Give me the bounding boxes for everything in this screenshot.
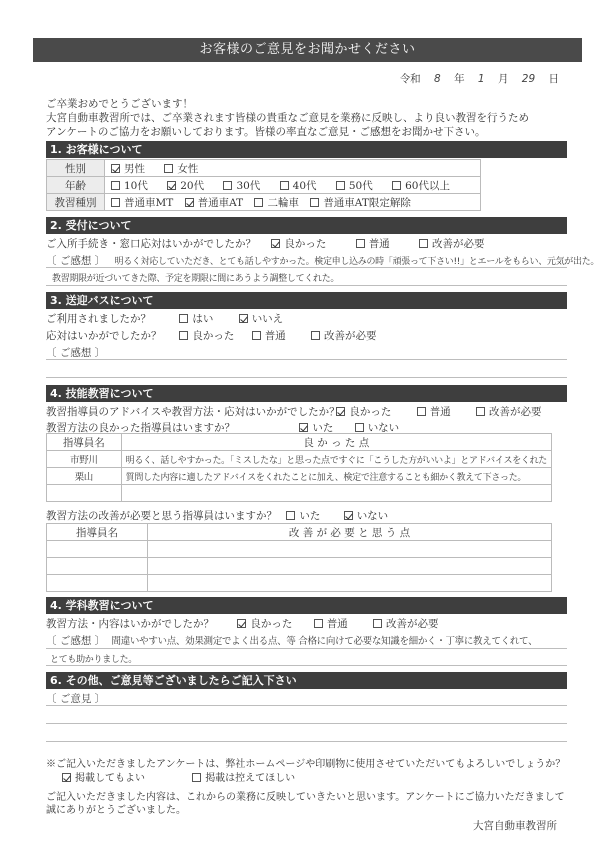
checkbox-icon[interactable] [311, 331, 320, 340]
checkbox-icon[interactable] [280, 181, 289, 190]
organization-name: 大宮自動車教習所 [473, 818, 557, 833]
option-label: いた [299, 510, 320, 522]
section-header-shuttle-bus: 3. 送迎バスについて [46, 292, 567, 309]
gender-label: 性別 [47, 160, 105, 177]
reception-improve-option[interactable]: 改善が必要 [419, 236, 485, 251]
option-label: いない [357, 510, 389, 522]
classroom-comment-line-2[interactable]: とても助かりました。 [50, 652, 137, 665]
checkbox-checked-icon[interactable] [167, 181, 176, 190]
improve-instructor-table: 指導員名 改 善 が 必 要 と 思 う 点 [46, 523, 552, 592]
instructor-name-cell[interactable] [47, 575, 148, 592]
option-label: 普通車AT限定解除 [323, 197, 411, 209]
checkbox-checked-icon[interactable] [344, 511, 353, 520]
bus-usage-question: ご利用されましたか？ [46, 311, 176, 326]
instructor-name-cell[interactable]: 栗山 [47, 468, 122, 485]
checkbox-icon[interactable] [111, 181, 120, 190]
checkbox-checked-icon[interactable] [299, 423, 308, 432]
age-50s-option[interactable]: 50代 [336, 178, 373, 193]
option-label: 普通 [265, 330, 286, 342]
handwritten-comment: 間違いやすい点、効果測定でよく出る点、等 合格に向けて必要な知識を細かく・丁寧に… [112, 636, 538, 647]
checkbox-icon[interactable] [476, 407, 485, 416]
intro-line: 大宮自動車教習所では、ご卒業されます皆様の貴重なご意見を業務に反映し、より良い教… [46, 111, 529, 125]
option-label: はい [192, 313, 213, 325]
age-20s-option[interactable]: 20代 [167, 178, 204, 193]
table-row [47, 485, 552, 502]
table-header-row: 指導員名 改 善 が 必 要 と 思 う 点 [47, 524, 552, 541]
checkbox-checked-icon[interactable] [185, 198, 194, 207]
course-type-row: 教習種別 普通車MT 普通車AT 二輪車 普通車AT限定解除 [47, 194, 481, 211]
date-line: 令和 8 年 1 月 29 日 [400, 71, 559, 86]
checkbox-icon[interactable] [111, 198, 120, 207]
consent-allow-option[interactable]: 掲載してもよい [62, 769, 145, 784]
comment-rule [46, 705, 567, 706]
comment-label: 〔 ご感想 〕 [46, 635, 105, 647]
improve-instructor-row: 教習方法の改善が必要と思う指導員はいますか？ いた いない [46, 508, 404, 523]
advice-good-option[interactable]: 良かった [336, 404, 391, 419]
option-label: 良かった [192, 330, 234, 342]
instructor-name-cell[interactable] [47, 541, 148, 558]
option-label: 60代以上 [405, 180, 450, 192]
checkbox-icon[interactable] [373, 619, 382, 628]
checkbox-checked-icon[interactable] [62, 773, 71, 782]
improve-instructor-yes-option[interactable]: いた [286, 508, 320, 523]
option-label: 掲載は控えてほしい [205, 773, 295, 784]
option-label: 改善が必要 [386, 618, 439, 630]
checkbox-icon[interactable] [223, 181, 232, 190]
date-era: 令和 [400, 73, 421, 85]
improve-point-cell[interactable] [148, 541, 552, 558]
course-mt-option[interactable]: 普通車MT [111, 195, 173, 210]
checkbox-checked-icon[interactable] [239, 314, 248, 323]
date-day-field[interactable]: 29 [522, 73, 535, 85]
age-10s-option[interactable]: 10代 [111, 178, 148, 193]
section-header-other-comments: 6. その他、ご意見等ございましたらご記入下さい [46, 672, 567, 689]
bus-service-row: 応対はいかがでしたか？ 良かった 普通 改善が必要 [46, 328, 393, 343]
option-label: 普通車MT [124, 197, 173, 209]
age-30s-option[interactable]: 30代 [223, 178, 260, 193]
bus-comment-line-1[interactable]: 〔 ご感想 〕 [46, 345, 105, 360]
bus-normal-option[interactable]: 普通 [252, 328, 286, 343]
age-40s-option[interactable]: 40代 [280, 178, 317, 193]
checkbox-checked-icon[interactable] [336, 407, 345, 416]
good-instructor-table: 指導員名 良 か っ た 点 市野川 明るく、話しやすかった。「ミスしたな」と思… [46, 433, 552, 502]
checkbox-icon[interactable] [314, 619, 323, 628]
improve-instructor-question: 教習方法の改善が必要と思う指導員はいますか？ [46, 508, 283, 523]
comment-rule [46, 267, 567, 268]
checkbox-checked-icon[interactable] [237, 619, 246, 628]
checkbox-icon[interactable] [179, 331, 188, 340]
instructor-advice-question: 教習指導員のアドバイスや教習方法・応対はいかがでしたか？ [46, 404, 333, 419]
intro-line: ご卒業おめでとうございます！ [46, 97, 529, 111]
option-label: 改善が必要 [324, 330, 377, 342]
intro-text: ご卒業おめでとうございます！ 大宮自動車教習所では、ご卒業されます皆様の貴重なご… [46, 97, 529, 139]
course-type-options: 普通車MT 普通車AT 二輪車 普通車AT限定解除 [105, 194, 481, 211]
classroom-improve-option[interactable]: 改善が必要 [373, 616, 439, 631]
age-options: 10代 20代 30代 40代 50代 60代以上 [105, 177, 481, 194]
section-header-customer: 1. お客様について [46, 141, 567, 158]
comment-rule [46, 665, 567, 666]
instructor-name-header: 指導員名 [47, 524, 148, 541]
classroom-good-option[interactable]: 良かった [237, 616, 292, 631]
instructor-name-header: 指導員名 [47, 434, 122, 451]
bus-usage-row: ご利用されましたか？ はい いいえ [46, 311, 299, 326]
date-month-field[interactable]: 1 [478, 73, 485, 85]
checkbox-icon[interactable] [164, 164, 173, 173]
reception-question-row: ご入所手続き・窓口応対はいかがでしたか？ 良かった 普通 改善が必要 [46, 236, 501, 251]
page-title: お客様のご意見をお聞かせください [33, 38, 582, 62]
checkbox-icon[interactable] [286, 511, 295, 520]
checkbox-icon[interactable] [192, 773, 201, 782]
option-label: 10代 [124, 180, 148, 192]
checkbox-icon[interactable] [355, 423, 364, 432]
option-label: 良かった [349, 406, 391, 418]
option-label: 普通 [430, 406, 451, 418]
age-60plus-option[interactable]: 60代以上 [392, 178, 450, 193]
instructor-name-cell[interactable]: 市野川 [47, 451, 122, 468]
age-row: 年齢 10代 20代 30代 40代 50代 60代以上 [47, 177, 481, 194]
advice-improve-option[interactable]: 改善が必要 [476, 404, 542, 419]
option-label: 改善が必要 [489, 406, 542, 418]
option-label: 男性 [124, 163, 145, 175]
other-comment-line-1[interactable]: 〔 ご意見 〕 [46, 691, 105, 706]
checkbox-icon[interactable] [336, 181, 345, 190]
good-points-header: 良 か っ た 点 [121, 434, 551, 451]
table-row: 市野川 明るく、話しやすかった。「ミスしたな」と思った点ですぐに「こうした方がい… [47, 451, 552, 468]
gender-row: 性別 男性 女性 [47, 160, 481, 177]
good-point-cell[interactable]: 質問した内容に適したアドバイスをくれたことに加え、検定で注意することも細かく教え… [121, 468, 551, 485]
checkbox-icon[interactable] [417, 407, 426, 416]
classroom-question-row: 教習方法・内容はいかがでしたか？ 良かった 普通 改善が必要 [46, 616, 455, 631]
option-label: 50代 [349, 180, 373, 192]
comment-label: 〔 ご感想 〕 [46, 255, 105, 267]
date-year-field[interactable]: 8 [434, 73, 441, 85]
intro-line: アンケートのご協力をお願いしております。皆様の率直なご意見・ご感想をお聞かせ下さ… [46, 125, 529, 139]
table-header-row: 指導員名 良 か っ た 点 [47, 434, 552, 451]
option-label: 良かった [250, 618, 292, 630]
date-month-unit: 月 [498, 73, 509, 85]
reception-question: ご入所手続き・窓口応対はいかがでしたか？ [46, 236, 268, 251]
bus-no-option[interactable]: いいえ [239, 311, 284, 326]
option-label: 二輪車 [267, 197, 299, 209]
checkbox-icon[interactable] [252, 331, 261, 340]
table-row [47, 575, 552, 592]
checkbox-icon[interactable] [310, 198, 319, 207]
consent-question: ※ご記入いただきましたアンケートは、弊社ホームページや印刷物に使用させていただい… [46, 755, 565, 770]
comment-label: 〔 ご感想 〕 [46, 347, 105, 359]
closing-line: ご記入いただきました内容は、これからの業務に反映していきたいと思います。アンケー… [46, 791, 565, 804]
section-header-driving-lessons: 4. 技能教習について [46, 385, 567, 402]
comment-rule [46, 741, 567, 742]
closing-line: 誠にありがとうございました。 [46, 804, 565, 817]
table-row: 栗山 質問した内容に適したアドバイスをくれたことに加え、検定で注意することも細か… [47, 468, 552, 485]
consent-decline-option[interactable]: 掲載は控えてほしい [192, 769, 295, 784]
option-label: いいえ [252, 313, 284, 325]
gender-female-option[interactable]: 女性 [164, 161, 198, 176]
gender-male-option[interactable]: 男性 [111, 161, 145, 176]
comment-rule [46, 648, 567, 649]
comment-rule [46, 377, 567, 378]
option-label: 普通車AT [198, 197, 244, 209]
option-label: 掲載してもよい [75, 773, 145, 784]
classroom-comment-line-1[interactable]: 〔 ご感想 〕 間違いやすい点、効果測定でよく出る点、等 合格に向けて必要な知識… [46, 633, 537, 648]
checkbox-checked-icon[interactable] [111, 164, 120, 173]
gender-options: 男性 女性 [105, 160, 481, 177]
good-point-cell[interactable] [121, 485, 551, 502]
option-label: 良かった [284, 238, 326, 250]
consent-options: 掲載してもよい 掲載は控えてほしい [62, 769, 311, 784]
classroom-normal-option[interactable]: 普通 [314, 616, 348, 631]
advice-normal-option[interactable]: 普通 [417, 404, 451, 419]
table-row [47, 541, 552, 558]
checkbox-icon[interactable] [392, 181, 401, 190]
option-label: 普通 [369, 238, 390, 250]
option-label: 改善が必要 [432, 238, 485, 250]
improve-instructor-no-option[interactable]: いない [344, 508, 389, 523]
improve-point-cell[interactable] [148, 575, 552, 592]
handwritten-comment: 明るく対応していただき、とても話しやすかった。検定申し込みの時「頑張って下さい!… [115, 257, 595, 267]
section-header-reception: 2. 受付について [46, 217, 567, 234]
reception-good-option[interactable]: 良かった [271, 236, 326, 251]
closing-text: ご記入いただきました内容は、これからの業務に反映していきたいと思います。アンケー… [46, 791, 565, 817]
checkbox-icon[interactable] [356, 239, 365, 248]
table-row [47, 558, 552, 575]
date-day-unit: 日 [549, 73, 560, 85]
improve-points-header: 改 善 が 必 要 と 思 う 点 [148, 524, 552, 541]
section-header-classroom-lessons: 4. 学科教習について [46, 597, 567, 614]
instructor-advice-row: 教習指導員のアドバイスや教習方法・応対はいかがでしたか？ 良かった 普通 改善が… [46, 404, 558, 419]
instructor-name-cell[interactable] [47, 485, 122, 502]
handwritten-comment: とても助かりました。 [50, 655, 137, 665]
comment-rule [46, 359, 567, 360]
course-motorcycle-option[interactable]: 二輪車 [254, 195, 299, 210]
option-label: 20代 [180, 180, 204, 192]
instructor-name-cell[interactable] [47, 558, 148, 575]
checkbox-icon[interactable] [419, 239, 428, 248]
handwritten-comment: 教習期限が近づいてきた際、予定を期限に間にあうよう調整してくれた。 [52, 274, 339, 284]
option-label: 女性 [177, 163, 198, 175]
customer-profile-table: 性別 男性 女性 年齢 10代 20代 30代 40代 50代 60代以上 教習… [46, 159, 481, 211]
course-at-option[interactable]: 普通車AT [185, 195, 244, 210]
reception-normal-option[interactable]: 普通 [356, 236, 390, 251]
improve-point-cell[interactable] [148, 558, 552, 575]
option-label: 30代 [236, 180, 260, 192]
checkbox-checked-icon[interactable] [271, 239, 280, 248]
course-at-limit-removal-option[interactable]: 普通車AT限定解除 [310, 195, 411, 210]
option-label: 40代 [293, 180, 317, 192]
comment-label: 〔 ご意見 〕 [46, 693, 105, 705]
reception-comment-line-2[interactable]: 教習期限が近づいてきた際、予定を期限に間にあうよう調整してくれた。 [52, 271, 339, 284]
bus-improve-option[interactable]: 改善が必要 [311, 328, 377, 343]
classroom-question: 教習方法・内容はいかがでしたか？ [46, 616, 234, 631]
bus-yes-option[interactable]: はい [179, 311, 213, 326]
date-year-unit: 年 [454, 73, 465, 85]
option-label: 普通 [327, 618, 348, 630]
checkbox-icon[interactable] [179, 314, 188, 323]
checkbox-icon[interactable] [254, 198, 263, 207]
course-type-label: 教習種別 [47, 194, 105, 211]
bus-service-question: 応対はいかがでしたか？ [46, 328, 176, 343]
bus-good-option[interactable]: 良かった [179, 328, 234, 343]
comment-rule [46, 723, 567, 724]
good-point-cell[interactable]: 明るく、話しやすかった。「ミスしたな」と思った点ですぐに「こうした方がいいよ」と… [121, 451, 551, 468]
age-label: 年齢 [47, 177, 105, 194]
comment-rule [46, 285, 567, 286]
reception-comment-line-1[interactable]: 〔 ご感想 〕 明るく対応していただき、とても話しやすかった。検定申し込みの時「… [46, 253, 595, 268]
